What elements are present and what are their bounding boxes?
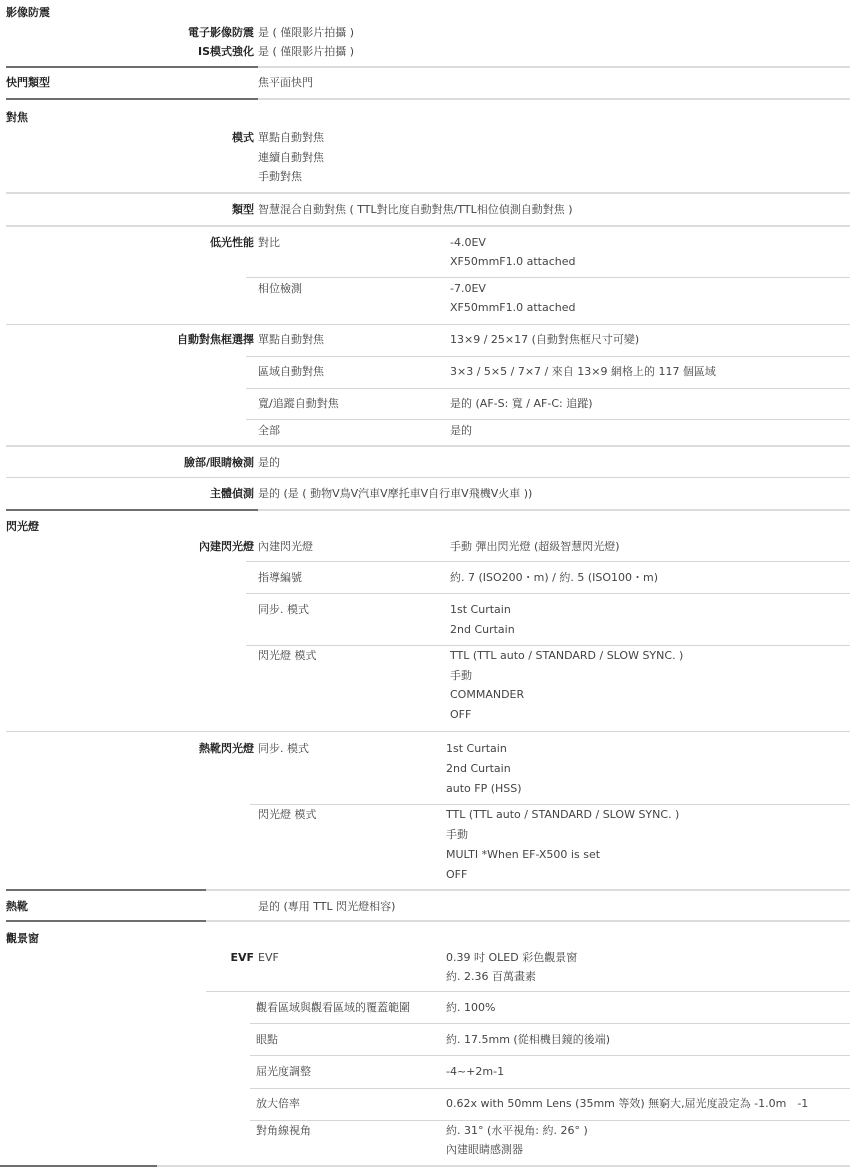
divider bbox=[6, 920, 206, 922]
value-coverage: 約. 100% bbox=[446, 1001, 495, 1015]
label-face-eye: 臉部/眼睛檢測 bbox=[184, 456, 254, 470]
value-shutter: 焦平面快門 bbox=[258, 76, 313, 90]
sub-label-evf: EVF bbox=[258, 951, 279, 965]
divider bbox=[246, 388, 850, 389]
divider bbox=[258, 66, 850, 68]
value-focus-mode-manual: 手動對焦 bbox=[258, 170, 302, 184]
value-guide-number: 約. 7 (ISO200・m) / 約. 5 (ISO100・m) bbox=[450, 571, 658, 585]
value-diopter: -4~+2m-1 bbox=[446, 1065, 504, 1079]
sub-label-magnification: 放大倍率 bbox=[256, 1097, 300, 1111]
divider bbox=[250, 1023, 850, 1024]
divider bbox=[206, 920, 850, 922]
sub-label-diopter: 屈光度調整 bbox=[256, 1065, 311, 1079]
sub-label-contrast: 對比 bbox=[258, 236, 280, 250]
value-contrast-ev: -4.0EV bbox=[450, 236, 486, 250]
divider bbox=[6, 66, 258, 68]
divider bbox=[258, 98, 850, 100]
divider bbox=[6, 192, 850, 194]
section-title-stabilization: 影像防震 bbox=[6, 6, 50, 20]
sub-label-coverage: 觀看區域與觀看區域的覆蓋範圍 bbox=[256, 1001, 410, 1015]
value-builtin-sync-2: 2nd Curtain bbox=[450, 623, 515, 637]
value-builtin-flash: 手動 彈出閃光燈 (超級智慧閃光燈) bbox=[450, 540, 620, 554]
value-contrast-lens: XF50mmF1.0 attached bbox=[450, 255, 576, 269]
divider bbox=[6, 509, 258, 511]
sub-label-af-zone: 區域自動對焦 bbox=[258, 365, 324, 379]
divider bbox=[6, 324, 850, 325]
sub-label-hotshoe-sync: 同步. 模式 bbox=[258, 742, 309, 756]
divider bbox=[250, 804, 850, 805]
section-title-flash: 閃光燈 bbox=[6, 520, 39, 534]
label-focus-type: 類型 bbox=[232, 203, 254, 217]
sub-label-hotshoe-flash-mode: 閃光燈 模式 bbox=[258, 808, 317, 822]
value-eyepoint: 約. 17.5mm (從相機目鏡的後端) bbox=[446, 1033, 610, 1047]
label-af-frame: 自動對焦框選擇 bbox=[177, 333, 254, 347]
sub-label-phase: 相位檢測 bbox=[258, 282, 302, 296]
value-af-all: 是的 bbox=[450, 424, 472, 438]
value-builtin-sync-1: 1st Curtain bbox=[450, 603, 511, 617]
sub-label-diagonal-angle: 對角線視角 bbox=[256, 1124, 311, 1138]
divider bbox=[6, 98, 258, 100]
value-builtin-mode-2: 手動 bbox=[450, 669, 472, 683]
sub-label-builtin-flash-mode: 閃光燈 模式 bbox=[258, 649, 317, 663]
value-subject-detection: 是的 (是 ( 動物V鳥V汽車V摩托車V自行車V飛機V火車 )) bbox=[258, 487, 532, 501]
value-eye-sensor: 內建眼睛感測器 bbox=[446, 1143, 523, 1157]
label-evf: EVF bbox=[230, 951, 254, 965]
divider bbox=[246, 561, 850, 562]
sub-label-eyepoint: 眼點 bbox=[256, 1033, 278, 1047]
sub-label-guide-number: 指導編號 bbox=[258, 571, 302, 585]
value-focus-mode-single: 單點自動對焦 bbox=[258, 131, 324, 145]
value-focus-type: 智慧混合自動對焦 ( TTL對比度自動對焦/TTL相位偵測自動對焦 ) bbox=[258, 203, 573, 217]
divider bbox=[246, 277, 850, 278]
divider bbox=[246, 419, 850, 420]
divider bbox=[250, 1055, 850, 1056]
label-focus-mode: 模式 bbox=[232, 131, 254, 145]
section-title-focus: 對焦 bbox=[6, 111, 28, 125]
value-face-eye: 是的 bbox=[258, 456, 280, 470]
section-title-viewfinder: 觀景窗 bbox=[6, 932, 39, 946]
value-builtin-mode-4: OFF bbox=[450, 708, 471, 722]
value-phase-ev: -7.0EV bbox=[450, 282, 486, 296]
label-electronic-is: 電子影像防震 bbox=[188, 26, 254, 40]
value-af-wide: 是的 (AF-S: 寬 / AF-C: 追蹤) bbox=[450, 397, 593, 411]
sub-label-af-all: 全部 bbox=[258, 424, 280, 438]
sub-label-af-wide: 寬/追蹤自動對焦 bbox=[258, 397, 339, 411]
value-builtin-mode-1: TTL (TTL auto / STANDARD / SLOW SYNC. ) bbox=[450, 649, 683, 663]
divider bbox=[6, 731, 850, 732]
divider bbox=[258, 509, 850, 511]
sub-label-af-single: 單點自動對焦 bbox=[258, 333, 324, 347]
divider bbox=[246, 356, 850, 357]
value-magnification: 0.62x with 50mm Lens (35mm 等效) 無窮大,屈光度設定… bbox=[446, 1097, 808, 1111]
value-hotshoe: 是的 (專用 TTL 閃光燈相容) bbox=[258, 900, 395, 914]
value-evf-resolution: 約. 2.36 百萬畫素 bbox=[446, 970, 536, 984]
section-title-hotshoe: 熱靴 bbox=[6, 900, 28, 914]
divider bbox=[206, 991, 850, 992]
section-title-shutter: 快門類型 bbox=[6, 76, 50, 90]
value-hotshoe-mode-3: MULTI *When EF-X500 is set bbox=[446, 848, 600, 862]
label-builtin-flash: 內建閃光燈 bbox=[199, 540, 254, 554]
value-af-single: 13×9 / 25×17 (自動對焦框尺寸可變) bbox=[450, 333, 639, 347]
value-diagonal-angle: 約. 31° (水平視角: 約. 26° ) bbox=[446, 1124, 588, 1138]
sub-label-builtin-sync: 同步. 模式 bbox=[258, 603, 309, 617]
value-hotshoe-sync-1: 1st Curtain bbox=[446, 742, 507, 756]
label-is-mode-boost: IS模式強化 bbox=[198, 45, 254, 59]
divider bbox=[6, 445, 850, 447]
value-builtin-mode-3: COMMANDER bbox=[450, 688, 524, 702]
divider bbox=[0, 1165, 157, 1167]
label-subject-detection: 主體偵測 bbox=[210, 487, 254, 501]
divider bbox=[206, 889, 850, 891]
value-phase-lens: XF50mmF1.0 attached bbox=[450, 301, 576, 315]
value-hotshoe-mode-2: 手動 bbox=[446, 828, 468, 842]
value-focus-mode-continuous: 連續自動對焦 bbox=[258, 151, 324, 165]
divider bbox=[157, 1165, 850, 1167]
divider bbox=[246, 593, 850, 594]
divider bbox=[246, 645, 850, 646]
value-af-zone: 3×3 / 5×5 / 7×7 / 來自 13×9 網格上的 117 個區域 bbox=[450, 365, 716, 379]
value-is-mode-boost: 是 ( 僅限影片拍攝 ) bbox=[258, 45, 354, 59]
value-hotshoe-mode-1: TTL (TTL auto / STANDARD / SLOW SYNC. ) bbox=[446, 808, 679, 822]
divider bbox=[6, 889, 206, 891]
divider bbox=[6, 225, 850, 227]
divider bbox=[6, 477, 850, 478]
value-hotshoe-mode-4: OFF bbox=[446, 868, 467, 882]
value-hotshoe-sync-3: auto FP (HSS) bbox=[446, 782, 522, 796]
value-hotshoe-sync-2: 2nd Curtain bbox=[446, 762, 511, 776]
divider bbox=[250, 1088, 850, 1089]
value-evf-type: 0.39 吋 OLED 彩色觀景窗 bbox=[446, 951, 577, 965]
label-low-light: 低光性能 bbox=[210, 236, 254, 250]
value-electronic-is: 是 ( 僅限影片拍攝 ) bbox=[258, 26, 354, 40]
divider bbox=[250, 1120, 850, 1121]
label-hotshoe-flash: 熱靴閃光燈 bbox=[199, 742, 254, 756]
sub-label-builtin-flash: 內建閃光燈 bbox=[258, 540, 313, 554]
